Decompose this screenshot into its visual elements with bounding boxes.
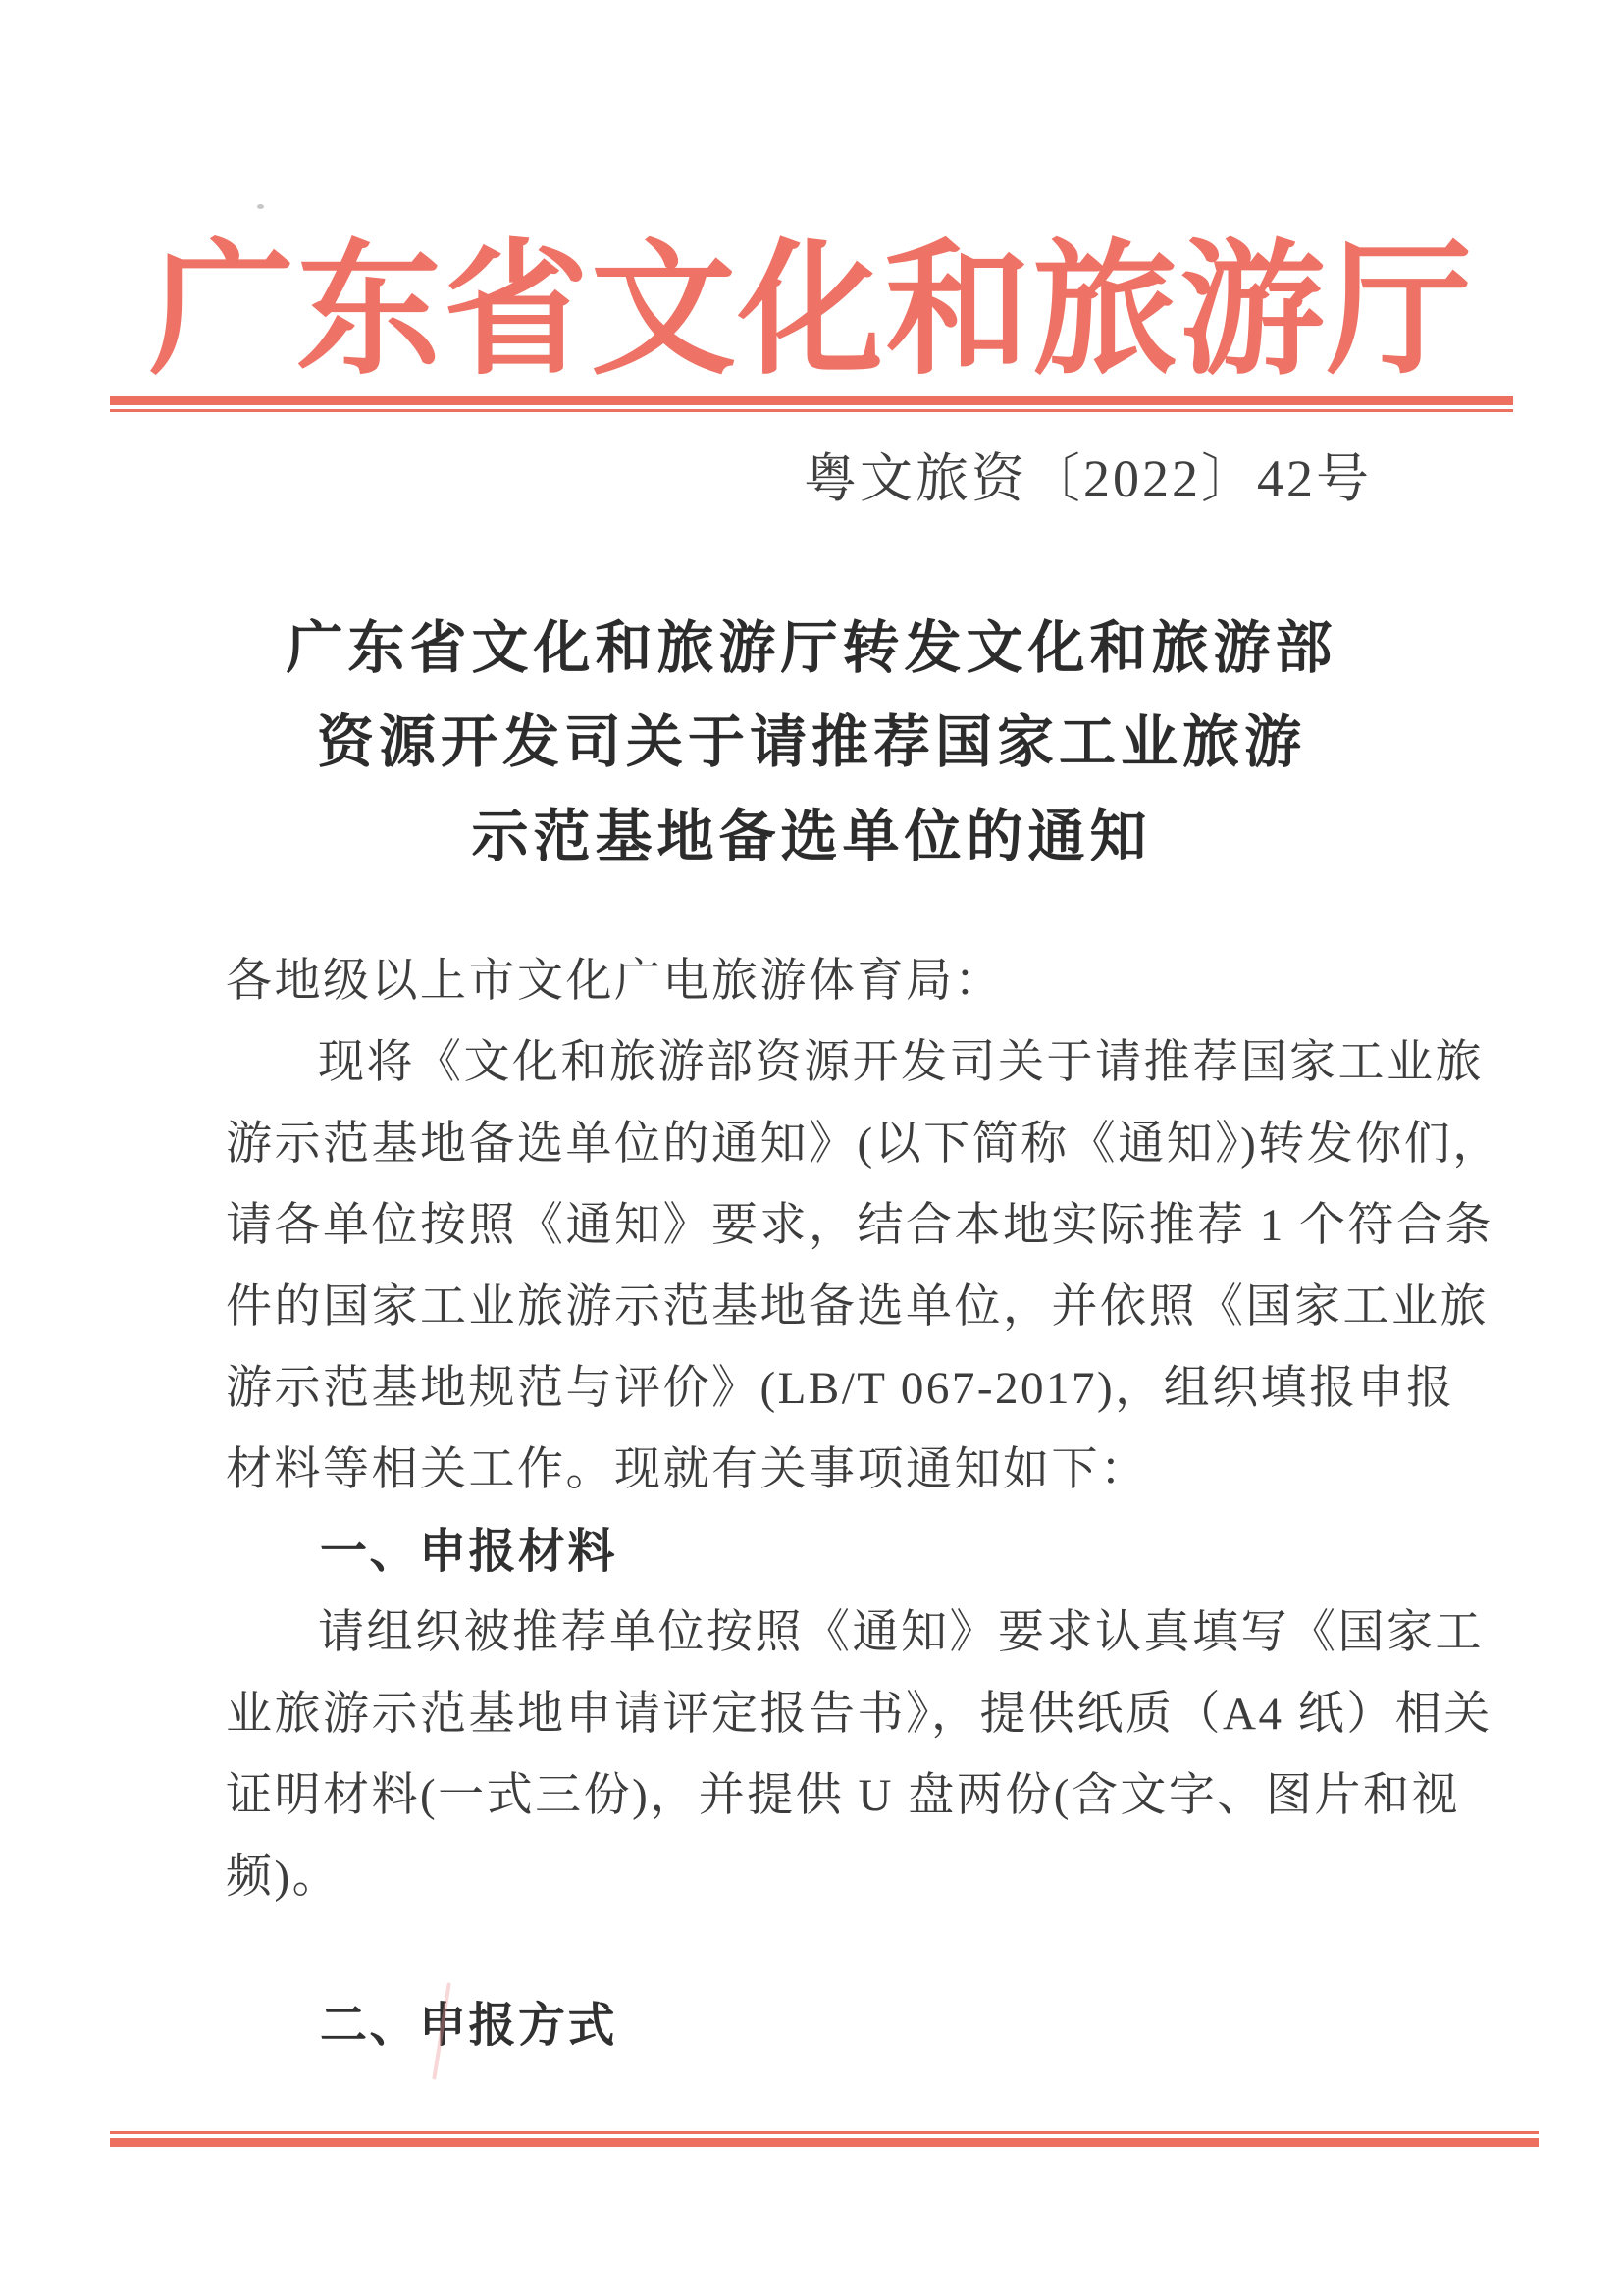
- scan-speck: [257, 204, 264, 209]
- paragraph-line: 证明材料(一式三份)，并提供 U 盘两份(含文字、图片和视: [226, 1755, 1417, 1837]
- paragraph-line: 请组织被推荐单位按照《通知》要求认真填写《国家工: [226, 1592, 1417, 1674]
- paragraph-line: 材料等相关工作。现就有关事项通知如下：: [226, 1430, 1417, 1511]
- paragraph-2: 请组织被推荐单位按照《通知》要求认真填写《国家工 业旅游示范基地申请评定报告书》…: [226, 1592, 1417, 1918]
- salutation-line: 各地级以上市文化广电旅游体育局：: [226, 941, 1417, 1022]
- paragraph-line: 件的国家工业旅游示范基地备选单位，并依照《国家工业旅: [226, 1267, 1417, 1348]
- letterhead-divider: [110, 396, 1513, 412]
- paragraph-1: 现将《文化和旅游部资源开发司关于请推荐国家工业旅 游示范基地备选单位的通知》(以…: [226, 1022, 1417, 1511]
- paragraph-line: 业旅游示范基地申请评定报告书》，提供纸质（A4 纸）相关: [226, 1674, 1417, 1755]
- letterhead-org-name: 广东省文化和旅游厅: [59, 0, 1564, 387]
- paragraph-line: 频)。: [226, 1837, 1417, 1918]
- official-document-page: 广东省文化和旅游厅 粤文旅资〔2022〕42号 广东省文化和旅游厅转发文化和旅游…: [0, 0, 1623, 2296]
- paragraph-line: 游示范基地备选单位的通知》(以下简称《通知》)转发你们，: [226, 1104, 1417, 1185]
- document-reference-number: 粤文旅资〔2022〕42号: [0, 447, 1623, 511]
- document-title-line: 广东省文化和旅游厅转发文化和旅游部: [0, 601, 1623, 696]
- document-title: 广东省文化和旅游厅转发文化和旅游部 资源开发司关于请推荐国家工业旅游 示范基地备…: [0, 601, 1623, 884]
- paragraph-line: 请各单位按照《通知》要求，结合本地实际推荐 1 个符合条: [226, 1185, 1417, 1267]
- divider-thick-rule: [110, 396, 1513, 405]
- paragraph-line: 游示范基地规范与评价》(LB/T 067-2017)，组织填报申报: [226, 1348, 1417, 1430]
- document-title-line: 示范基地备选单位的通知: [0, 790, 1623, 884]
- section-heading-2: 二、申报方式: [226, 1985, 1417, 2066]
- footer-divider: [110, 2131, 1539, 2147]
- paragraph-line: 现将《文化和旅游部资源开发司关于请推荐国家工业旅: [226, 1022, 1417, 1104]
- document-title-line: 资源开发司关于请推荐国家工业旅游: [0, 696, 1623, 790]
- document-body: 各地级以上市文化广电旅游体育局： 现将《文化和旅游部资源开发司关于请推荐国家工业…: [226, 941, 1417, 2066]
- section-heading-1: 一、申报材料: [226, 1511, 1417, 1592]
- divider-thick-rule: [110, 2138, 1539, 2147]
- divider-thin-rule: [110, 409, 1513, 412]
